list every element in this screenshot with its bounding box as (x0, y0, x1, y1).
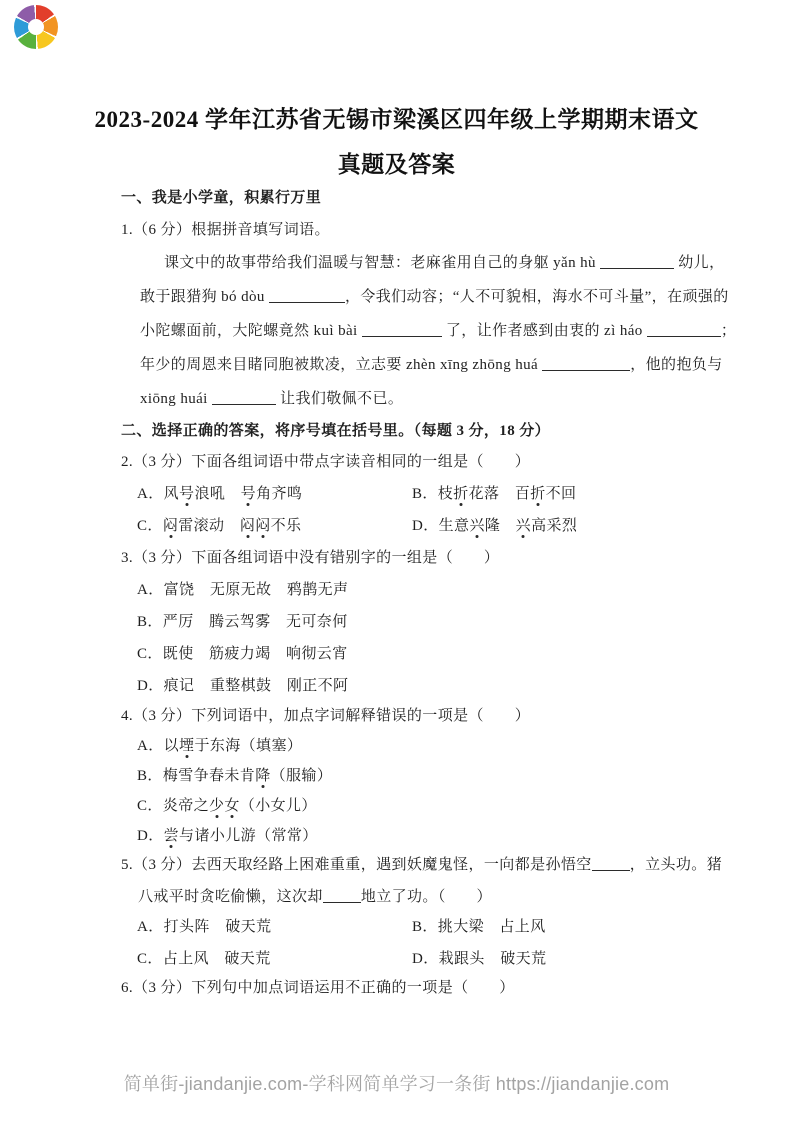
q2-option-a: A．风号浪吼 号角齐鸣 (137, 484, 302, 505)
answer-blank (542, 355, 630, 371)
q1-text: 年少的周恩来目睹同胞被欺凌，立志要 zhèn xīng zhōng huá (140, 357, 542, 373)
q1-paragraph-line3: 小陀螺面前，大陀螺竟然 kuì bài 了，让作者感到由衷的 zì háo ； (140, 321, 736, 342)
question-5-stem-line2: 八戒平时贪吃偷懒，这次却地立了功。（ ） (138, 887, 492, 908)
page-title-line2: 真题及答案 (0, 146, 793, 179)
question-2-stem: 2.（3 分）下面各组词语中带点字读音相同的一组是（ ） (121, 452, 530, 473)
answer-blank (647, 321, 721, 337)
q5-option-c: C．占上风 破天荒 (137, 949, 271, 970)
answer-blank (362, 321, 442, 337)
q3-option-d: D．痕记 重整棋鼓 刚正不阿 (137, 676, 348, 697)
q3-option-c: C．既使 筋疲力竭 响彻云宵 (137, 644, 348, 665)
footer-watermark: 简单街-jiandanjie.com-学科网简单学习一条街 https://ji… (0, 1070, 793, 1096)
q1-text: 课文中的故事带给我们温暖与智慧：老麻雀用自己的身躯 yǎn hù (164, 255, 600, 271)
q1-text: 幼儿， (674, 255, 724, 271)
q5-text: ，立头功。猪 (630, 857, 722, 873)
q1-text: ； (721, 323, 736, 339)
emphasis-dot-char: 降 (255, 768, 270, 784)
emphasis-dot-char: 女 (224, 798, 239, 814)
emphasis-dot-char: 堙 (179, 738, 194, 754)
q2-option-c: C．闷雷滚动 闷闷不乐 (137, 516, 301, 537)
q2-option-d: D．生意兴隆 兴高采烈 (412, 516, 577, 537)
q5-option-b: B．挑大梁 占上风 (412, 917, 546, 938)
emphasis-dot-char: 号 (241, 486, 256, 502)
q5-text: 地立了功。（ ） (361, 889, 492, 905)
emphasis-dot-char: 兴 (469, 518, 484, 534)
q3-option-a: A．富饶 无原无故 鸦鹊无声 (137, 580, 348, 601)
jiandanjie-pinwheel-logo-icon (14, 5, 58, 51)
q4-option-d: D．尝与诸小儿游（常常） (137, 826, 318, 847)
section-2-heading: 二、选择正确的答案，将序号填在括号里。（每题 3 分，18 分） (121, 421, 550, 442)
answer-blank (600, 253, 674, 269)
emphasis-dot-char: 尝 (164, 828, 179, 844)
q5-text: 5.（3 分）去西天取经路上困难重重，遇到妖魔鬼怪，一向都是孙悟空 (121, 857, 592, 873)
q5-text: 八戒平时贪吃偷懒，这次却 (138, 889, 323, 905)
emphasis-dot-char: 号 (179, 486, 194, 502)
emphasis-dot-char: 闷 (240, 518, 255, 534)
question-3-stem: 3.（3 分）下面各组词语中没有错别字的一组是（ ） (121, 548, 499, 569)
q5-option-d: D．栽跟头 破天荒 (412, 949, 546, 970)
question-4-stem: 4.（3 分）下列词语中，加点字词解释错误的一项是（ ） (121, 706, 530, 727)
question-6-stem: 6.（3 分）下列句中加点词语运用不正确的一项是（ ） (121, 978, 515, 999)
q1-text: 让我们敬佩不已。 (276, 391, 403, 407)
emphasis-dot-char: 折 (453, 486, 468, 502)
q3-option-b: B．严厉 腾云驾雾 无可奈何 (137, 612, 348, 633)
q4-option-b: B．梅雪争春未肯降（服输） (137, 766, 332, 787)
answer-blank (212, 389, 276, 405)
q1-text: xiōng huái (140, 391, 212, 407)
q5-option-a: A．打头阵 破天荒 (137, 917, 271, 938)
q2-option-b: B．枝折花落 百折不回 (412, 484, 576, 505)
q1-paragraph-line4: 年少的周恩来目睹同胞被欺凌，立志要 zhèn xīng zhōng huá ，他… (140, 355, 723, 376)
q1-paragraph-line1: 课文中的故事带给我们温暖与智慧：老麻雀用自己的身躯 yǎn hù 幼儿， (164, 253, 724, 274)
footer-site-text: 简单街-jiandanjie.com-学科网简单学习一条街 (124, 1074, 496, 1094)
emphasis-dot-char: 折 (530, 486, 545, 502)
q1-paragraph-line5: xiōng huái 让我们敬佩不已。 (140, 389, 403, 410)
answer-blank (323, 887, 361, 903)
q1-text: ，他的抱负与 (630, 357, 722, 373)
q4-option-c: C．炎帝之少女（小女儿） (137, 796, 317, 817)
exam-paper-page: 2023-2024 学年江苏省无锡市梁溪区四年级上学期期末语文 真题及答案 一、… (0, 0, 793, 1122)
emphasis-dot-char: 少 (209, 798, 224, 814)
q1-text: 敢于跟猎狗 bó dòu (140, 289, 269, 305)
q1-text: ，令我们动容；“人不可貌相，海水不可斗量”，在顽强的 (345, 289, 729, 305)
q1-paragraph-line2: 敢于跟猎狗 bó dòu ，令我们动容；“人不可貌相，海水不可斗量”，在顽强的 (140, 287, 729, 308)
emphasis-dot-char: 兴 (516, 518, 531, 534)
question-5-stem-line1: 5.（3 分）去西天取经路上困难重重，遇到妖魔鬼怪，一向都是孙悟空，立头功。猪 (121, 855, 722, 876)
emphasis-dot-char: 闷 (163, 518, 178, 534)
question-1-stem: 1.（6 分）根据拼音填写词语。 (121, 220, 330, 241)
q4-option-a: A．以堙于东海（填塞） (137, 736, 302, 757)
q1-text: 小陀螺面前，大陀螺竟然 kuì bài (140, 323, 362, 339)
q1-text: 了，让作者感到由衷的 zì háo (442, 323, 647, 339)
footer-url-link[interactable]: https://jiandanjie.com (496, 1074, 670, 1094)
answer-blank (269, 287, 345, 303)
pinwheel-icon (14, 5, 58, 49)
page-title-line1: 2023-2024 学年江苏省无锡市梁溪区四年级上学期期末语文 (0, 101, 793, 134)
answer-blank (592, 855, 630, 871)
emphasis-dot-char: 闷 (255, 518, 270, 534)
section-1-heading: 一、我是小学童，积累行万里 (121, 188, 321, 209)
